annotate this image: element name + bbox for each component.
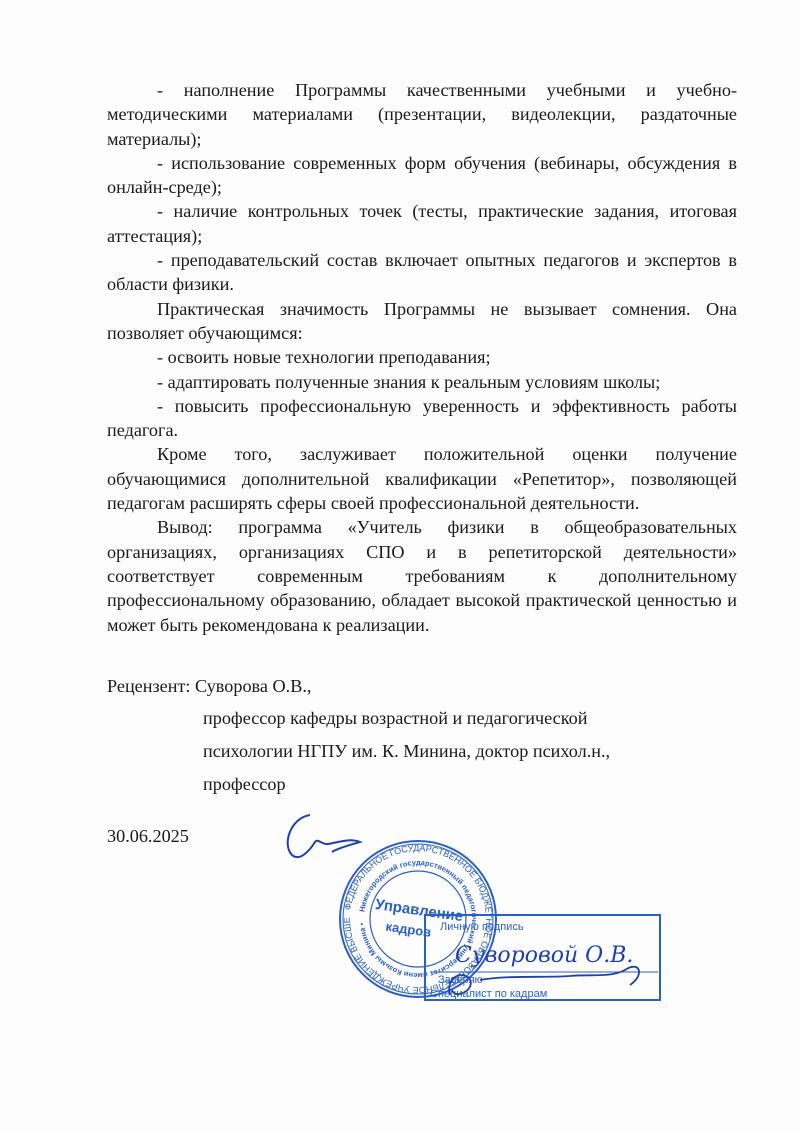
document-date: 30.06.2025 [107, 826, 189, 847]
reviewer-position-line: профессор кафедры возрастной и педагогич… [203, 706, 587, 730]
signature-stamp-area: ФЕДЕРАЛЬНОЕ ГОСУДАРСТВЕННОЕ БЮДЖЕТНОЕ ОБ… [280, 800, 720, 1030]
reviewer-position-line: профессор [203, 772, 286, 796]
paragraph: - наличие контрольных точек (тесты, прак… [107, 199, 737, 248]
reviewer-label: Рецензент: Суворова О.В., [107, 674, 311, 698]
paragraph: - повысить профессиональную уверенность … [107, 394, 737, 443]
svg-text:Специалист по кадрам: Специалист по кадрам [430, 988, 547, 1000]
paragraph: - освоить новые технологии преподавания; [107, 345, 737, 369]
review-body: - наполнение Программы качественными уче… [107, 78, 737, 637]
svg-text:Суворовой О.В.: Суворовой О.В. [455, 943, 633, 968]
paragraph: - использование современных форм обучени… [107, 151, 737, 200]
stamp-icon: ФЕДЕРАЛЬНОЕ ГОСУДАРСТВЕННОЕ БЮДЖЕТНОЕ ОБ… [280, 800, 720, 1030]
document-page: - наполнение Программы качественными уче… [0, 0, 800, 1132]
reviewer-position-line: психологии НГПУ им. К. Минина, доктор пс… [203, 739, 610, 763]
paragraph: - адаптировать полученные знания к реаль… [107, 370, 737, 394]
paragraph: Практическая значимость Программы не выз… [107, 297, 737, 346]
paragraph: Кроме того, заслуживает положительной оц… [107, 442, 737, 515]
paragraph: - преподавательский состав включает опыт… [107, 248, 737, 297]
paragraph: - наполнение Программы качественными уче… [107, 78, 737, 151]
svg-text:Личную подпись: Личную подпись [440, 921, 524, 933]
paragraph: Вывод: программа «Учитель физики в общео… [107, 515, 737, 636]
